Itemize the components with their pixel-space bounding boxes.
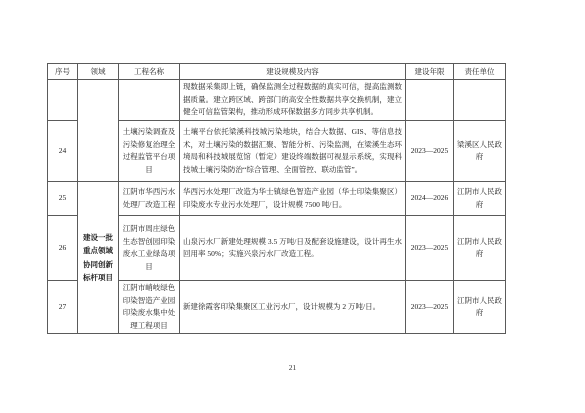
cell-seq: 25 [48, 182, 78, 216]
table-row-continuation: 现数据采集即上链，确保监测全过程数据的真实可信，提高监测数据质量。建立跨区域、跨… [48, 80, 506, 121]
cell-project-name: 江阴市峭岐绿色印染智造产业园印染废水集中处理工程项目 [119, 281, 180, 334]
cell-period: 2023—2025 [406, 121, 454, 182]
cell-unit: 江阴市人民政府 [454, 281, 506, 334]
cell-unit: 江阴市人民政府 [454, 216, 506, 281]
cell-project-name [119, 80, 180, 121]
cell-content: 土壤平台依托梁溪科技城污染地块，结合大数据、GIS、等信息技术，对土壤污染的数据… [180, 121, 406, 182]
cell-seq: 24 [48, 121, 78, 182]
cell-seq: 26 [48, 216, 78, 281]
table-row-25: 25 建设一批重点领域协同创新标杆项目 江阴市华西污水处理厂改造工程 华西污水处… [48, 182, 506, 216]
cell-content: 现数据采集即上链，确保监测全过程数据的真实可信，提高监测数据质量。建立跨区域、跨… [180, 80, 406, 121]
cell-project-name: 土壤污染调查及污染修复治理全过程监管平台项目 [119, 121, 180, 182]
cell-content: 华西污水处理厂改造为华士镇绿色智造产业园（华士印染集聚区）印染废水专业污水处理厂… [180, 182, 406, 216]
column-header-unit: 责任单位 [454, 64, 506, 80]
table-header-row: 序号 领域 工程名称 建设规模及内容 建设年限 责任单位 [48, 64, 506, 80]
cell-project-name: 江阴市华西污水处理厂改造工程 [119, 182, 180, 216]
field-group-label: 建设一批重点领域协同创新标杆项目 [83, 233, 113, 283]
cell-unit: 江阴市人民政府 [454, 182, 506, 216]
cell-field-group: 建设一批重点领域协同创新标杆项目 [78, 182, 119, 334]
cell-project-name: 江阴市周庄绿色生态智创园印染废水工业绿岛项目 [119, 216, 180, 281]
cell-unit [454, 80, 506, 121]
document-page: 序号 领域 工程名称 建设规模及内容 建设年限 责任单位 现数据采集即上链，确保… [0, 0, 585, 413]
cell-period: 2024—2026 [406, 182, 454, 216]
cell-seq [48, 80, 78, 121]
cell-unit: 梁溪区人民政府 [454, 121, 506, 182]
project-table: 序号 领域 工程名称 建设规模及内容 建设年限 责任单位 现数据采集即上链，确保… [47, 63, 506, 334]
cell-period: 2023—2025 [406, 216, 454, 281]
column-header-name: 工程名称 [119, 64, 180, 80]
cell-content: 新建徐霞客印染集聚区工业污水厂，设计规模为 2 万吨/日。 [180, 281, 406, 334]
column-header-content: 建设规模及内容 [180, 64, 406, 80]
cell-content: 山泉污水厂新建处理规模 3.5 万吨/日及配套设施建设，设计再生水回用率 50%… [180, 216, 406, 281]
cell-period: 2023—2025 [406, 281, 454, 334]
cell-seq: 27 [48, 281, 78, 334]
page-number: 21 [0, 363, 585, 372]
cell-period [406, 80, 454, 121]
column-header-field: 领域 [78, 64, 119, 80]
column-header-period: 建设年限 [406, 64, 454, 80]
cell-field-empty [78, 80, 119, 182]
column-header-seq: 序号 [48, 64, 78, 80]
